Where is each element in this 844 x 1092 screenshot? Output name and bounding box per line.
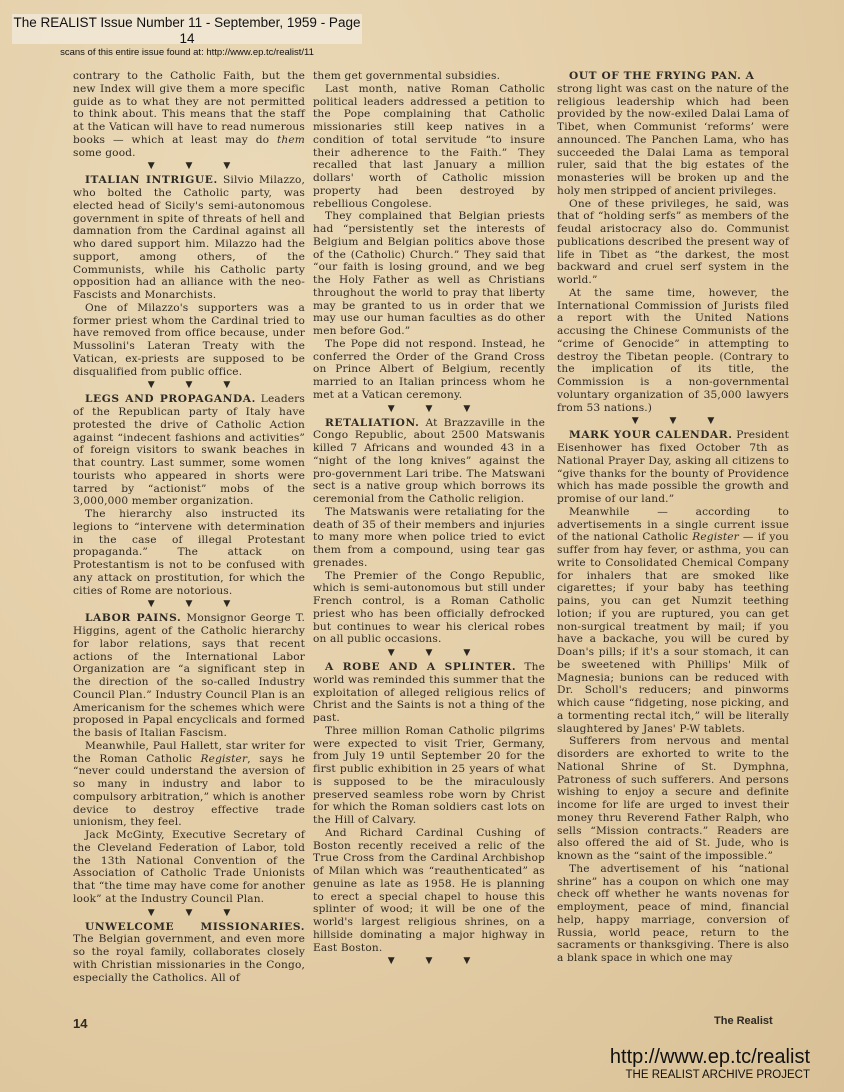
paragraph: Meanwhile, Paul Hallett, star writer for… [73, 740, 305, 829]
paragraph: Meanwhile — according to advertisements … [557, 506, 789, 736]
archive-header: The REALIST Issue Number 11 - September,… [12, 14, 362, 44]
paragraph: UNWELCOME MISSIONARIES. The Belgian gove… [73, 921, 305, 985]
paragraph: MARK YOUR CALENDAR. President Eisenhower… [557, 429, 789, 506]
section-heading-legs-and-propaganda: LEGS AND PROPAGANDA. [85, 393, 256, 405]
archive-footer: http://www.ep.tc/realist THE REALIST ARC… [610, 1046, 810, 1082]
paragraph: They complained that Belgian priests had… [313, 210, 545, 338]
text: The Belgian government, and even more so… [73, 933, 305, 983]
paragraph: And Richard Cardinal Cushing of Boston r… [313, 827, 545, 955]
paragraph: ITALIAN INTRIGUE. Silvio Milazzo, who bo… [73, 174, 305, 302]
section-heading-retaliation: RETALIATION. [325, 417, 419, 429]
section-heading-unwelcome-missionaries: UNWELCOME MISSIONARIES. [85, 921, 305, 933]
column-3: OUT OF THE FRYING PAN. A strong light wa… [557, 70, 789, 965]
text: contrary to the Catholic Faith, but the … [73, 70, 305, 146]
text: some good. [73, 147, 136, 159]
paragraph: strong light was cast on the nature of t… [557, 83, 789, 198]
triangle-separator-icon: ▼ ▼ ▼ [87, 379, 305, 391]
column-1: contrary to the Catholic Faith, but the … [73, 70, 305, 984]
paragraph: The Matswanis were retaliating for the d… [313, 506, 545, 570]
paragraph: At the same time, however, the Internati… [557, 287, 789, 415]
paragraph: Last month, native Roman Catholic politi… [313, 83, 545, 211]
text: Silvio Milazzo, who bolted the Catholic … [73, 174, 305, 301]
paragraph: contrary to the Catholic Faith, but the … [73, 70, 305, 159]
section-heading-labor-pains: LABOR PAINS. [85, 612, 181, 624]
paragraph: One of Milazzo's supporters was a former… [73, 302, 305, 379]
triangle-separator-icon: ▼ ▼ ▼ [327, 647, 545, 659]
archive-url-link[interactable]: http://www.ep.tc/realist [610, 1046, 810, 1068]
triangle-separator-icon: ▼ ▼ ▼ [327, 403, 545, 415]
page-number: 14 [73, 1016, 87, 1031]
magazine-name: The Realist [714, 1015, 773, 1027]
paragraph: them get governmental subsidies. [313, 70, 545, 83]
paragraph: One of these privileges, he said, was th… [557, 198, 789, 287]
archive-project-name: THE REALIST ARCHIVE PROJECT [610, 1068, 810, 1082]
section-heading-italian-intrigue: ITALIAN INTRIGUE. [85, 174, 218, 186]
paragraph: RETALIATION. At Brazzaville in the Congo… [313, 417, 545, 506]
column-2: them get governmental subsidies. Last mo… [313, 70, 545, 969]
paragraph: LEGS AND PROPAGANDA. Leaders of the Repu… [73, 393, 305, 508]
text: Monsignor George T. Higgins, agent of th… [73, 612, 305, 739]
text: — if you suffer from hay fever, or asthm… [557, 531, 789, 734]
paragraph: The Pope did not respond. Instead, he co… [313, 338, 545, 402]
paragraph: OUT OF THE FRYING PAN. A [557, 70, 789, 83]
triangle-separator-icon: ▼ ▼ ▼ [327, 955, 545, 967]
paragraph: Jack McGinty, Executive Secretary of the… [73, 829, 305, 906]
section-heading-out-of-the-frying-pan: OUT OF THE FRYING PAN. A [569, 70, 754, 82]
emphasis: Register [692, 531, 739, 543]
text: At Brazzaville in the Congo Republic, ab… [313, 417, 545, 506]
paragraph: A ROBE AND A SPLINTER. The world was rem… [313, 661, 545, 725]
triangle-separator-icon: ▼ ▼ ▼ [87, 907, 305, 919]
archive-title: The REALIST Issue Number 11 - September,… [12, 14, 362, 47]
emphasis: them [277, 134, 305, 146]
triangle-separator-icon: ▼ ▼ ▼ [87, 160, 305, 172]
paragraph: Sufferers from nervous and mental disord… [557, 735, 789, 863]
triangle-separator-icon: ▼ ▼ ▼ [87, 598, 305, 610]
section-heading-mark-your-calendar: MARK YOUR CALENDAR. [569, 429, 733, 441]
paragraph: LABOR PAINS. Monsignor George T. Higgins… [73, 612, 305, 740]
text: Leaders of the Republican party of Italy… [73, 393, 305, 507]
paragraph: The hierarchy also instructed its legion… [73, 508, 305, 597]
triangle-separator-icon: ▼ ▼ ▼ [571, 415, 789, 427]
section-heading-a-robe-and-a-splinter: A ROBE AND A SPLINTER. [325, 661, 516, 673]
paragraph: The Premier of the Congo Republic, which… [313, 570, 545, 647]
archive-subtitle: scans of this entire issue found at: htt… [12, 47, 362, 59]
paragraph: Three million Roman Catholic pilgrims we… [313, 725, 545, 827]
paragraph: The advertisement of his “national shrin… [557, 863, 789, 965]
emphasis: Register [201, 753, 248, 765]
